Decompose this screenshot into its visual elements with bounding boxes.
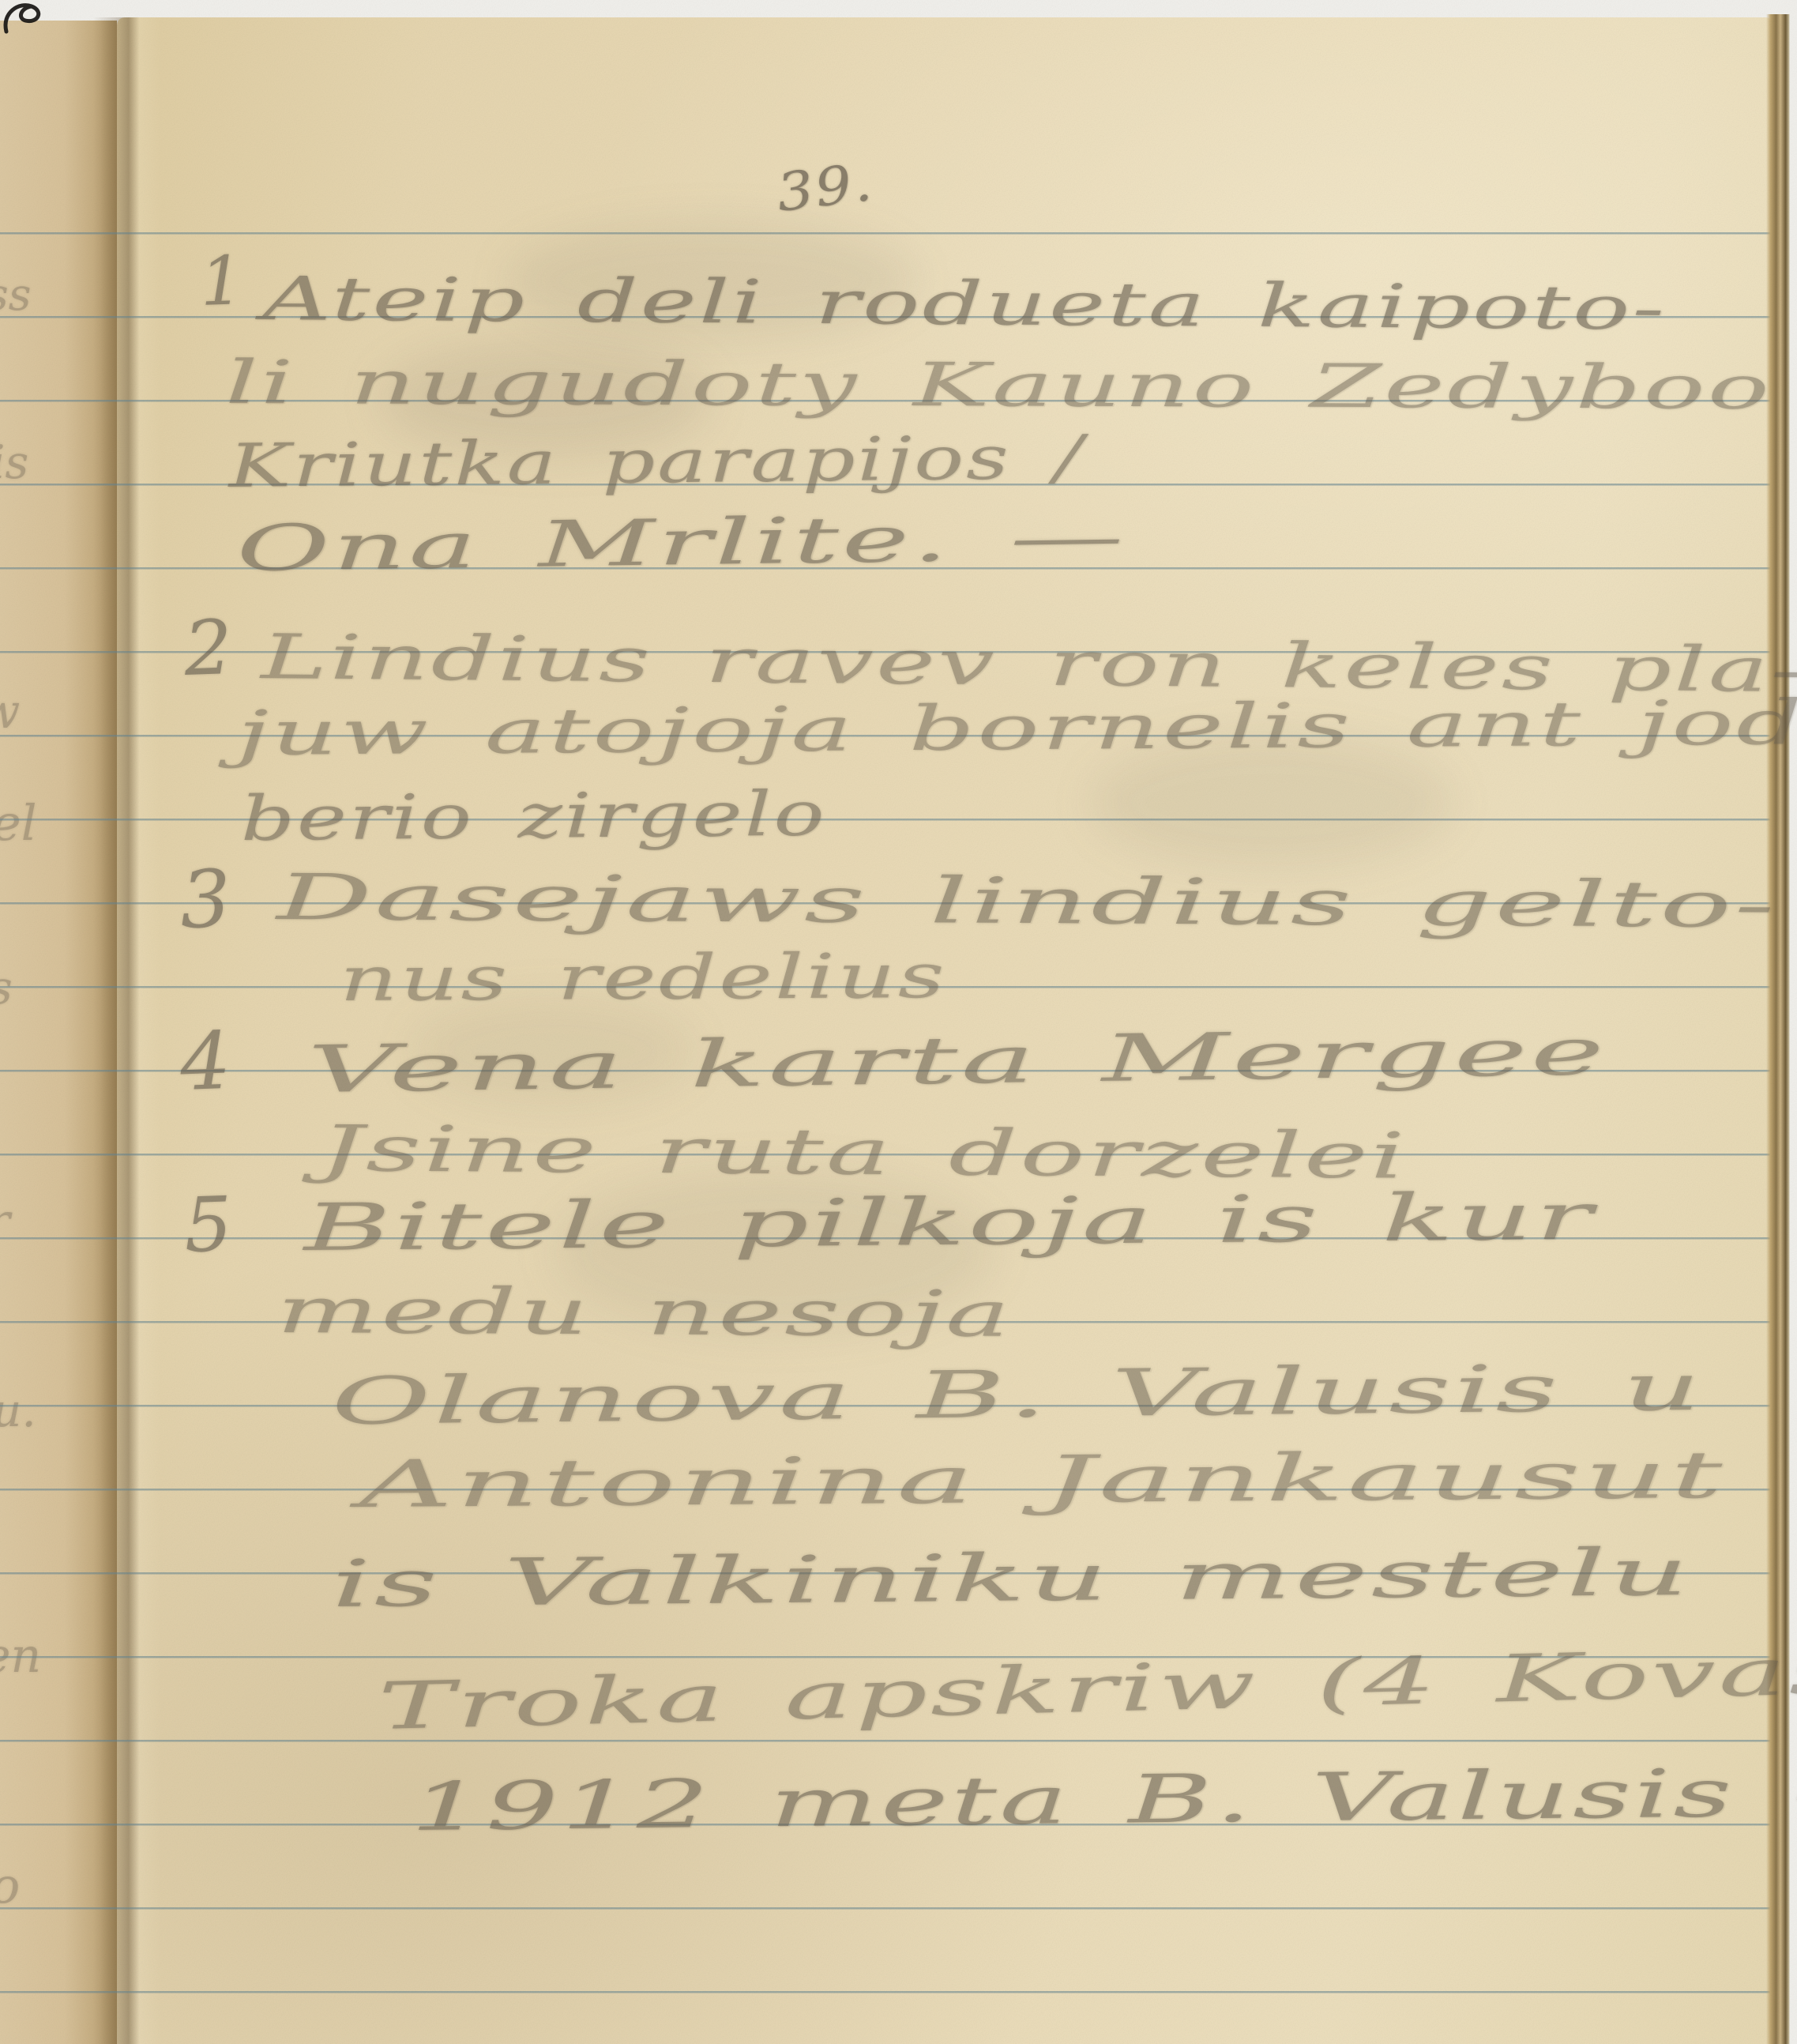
handwritten-line: Jsine ruta dorzelei [320, 1117, 1408, 1188]
handwritten-line: Ona Mrlite. — [236, 505, 1127, 581]
facing-page-writing-fragment: s [0, 965, 13, 1011]
handwritten-line: is Valkiniku mestelu [331, 1541, 1692, 1617]
handwritten-line: berio zirgelo [240, 784, 826, 850]
facing-page-writing-fragment: el [0, 799, 37, 848]
notebook-scan: ssiswelsru.eno 39. Ateip deli rodueta ka… [0, 0, 1797, 2044]
item-number: 5 [183, 1188, 234, 1264]
handwritten-line: li nugudoty Kauno Zedyboo [225, 352, 1772, 418]
binding-thread-icon [2, 0, 104, 35]
item-number: 2 [183, 611, 234, 687]
facing-page-writing-fragment: u. [0, 1387, 36, 1433]
facing-page-writing-fragment: r [0, 1198, 10, 1245]
handwritten-line: Kriutka parapijos / [228, 427, 1085, 496]
handwritten-line: nus redelius [340, 946, 947, 1011]
facing-page-writing-fragment: w [0, 688, 20, 736]
handwritten-line: juw atojoja bornelis ant jod [236, 692, 1797, 765]
handwritten-line: 1912 meta B. Valusis — [410, 1758, 1797, 1840]
facing-page-writing-fragment: is [0, 439, 28, 485]
handwritten-line: Ateip deli rodueta kaipoto- [262, 269, 1667, 338]
facing-page-writing-fragment: ss [0, 273, 31, 318]
item-number: 3 [179, 860, 232, 940]
facing-page-writing-fragment: en [0, 1632, 41, 1680]
item-number: 1 [199, 247, 244, 316]
handwritten-line: Vena karta Mergee [307, 1020, 1607, 1103]
handwritten-line: Bitele pilkoja is kur [303, 1185, 1595, 1261]
item-number: 4 [179, 1022, 232, 1102]
facing-page-writing-fragment: o [0, 1861, 20, 1910]
handwritten-line: Dasejaws lindius gelto- [276, 866, 1777, 937]
handwritten-line: Antonina Jankausut [359, 1444, 1725, 1518]
page-number: 39. [774, 156, 876, 220]
book-page-edges [1766, 14, 1790, 2044]
handwritten-line: Olanova B. Valusis u [331, 1356, 1704, 1435]
facing-page-edge: ssiswelsru.eno [0, 21, 117, 2044]
handwritten-line: medu nesoja [276, 1279, 1013, 1346]
